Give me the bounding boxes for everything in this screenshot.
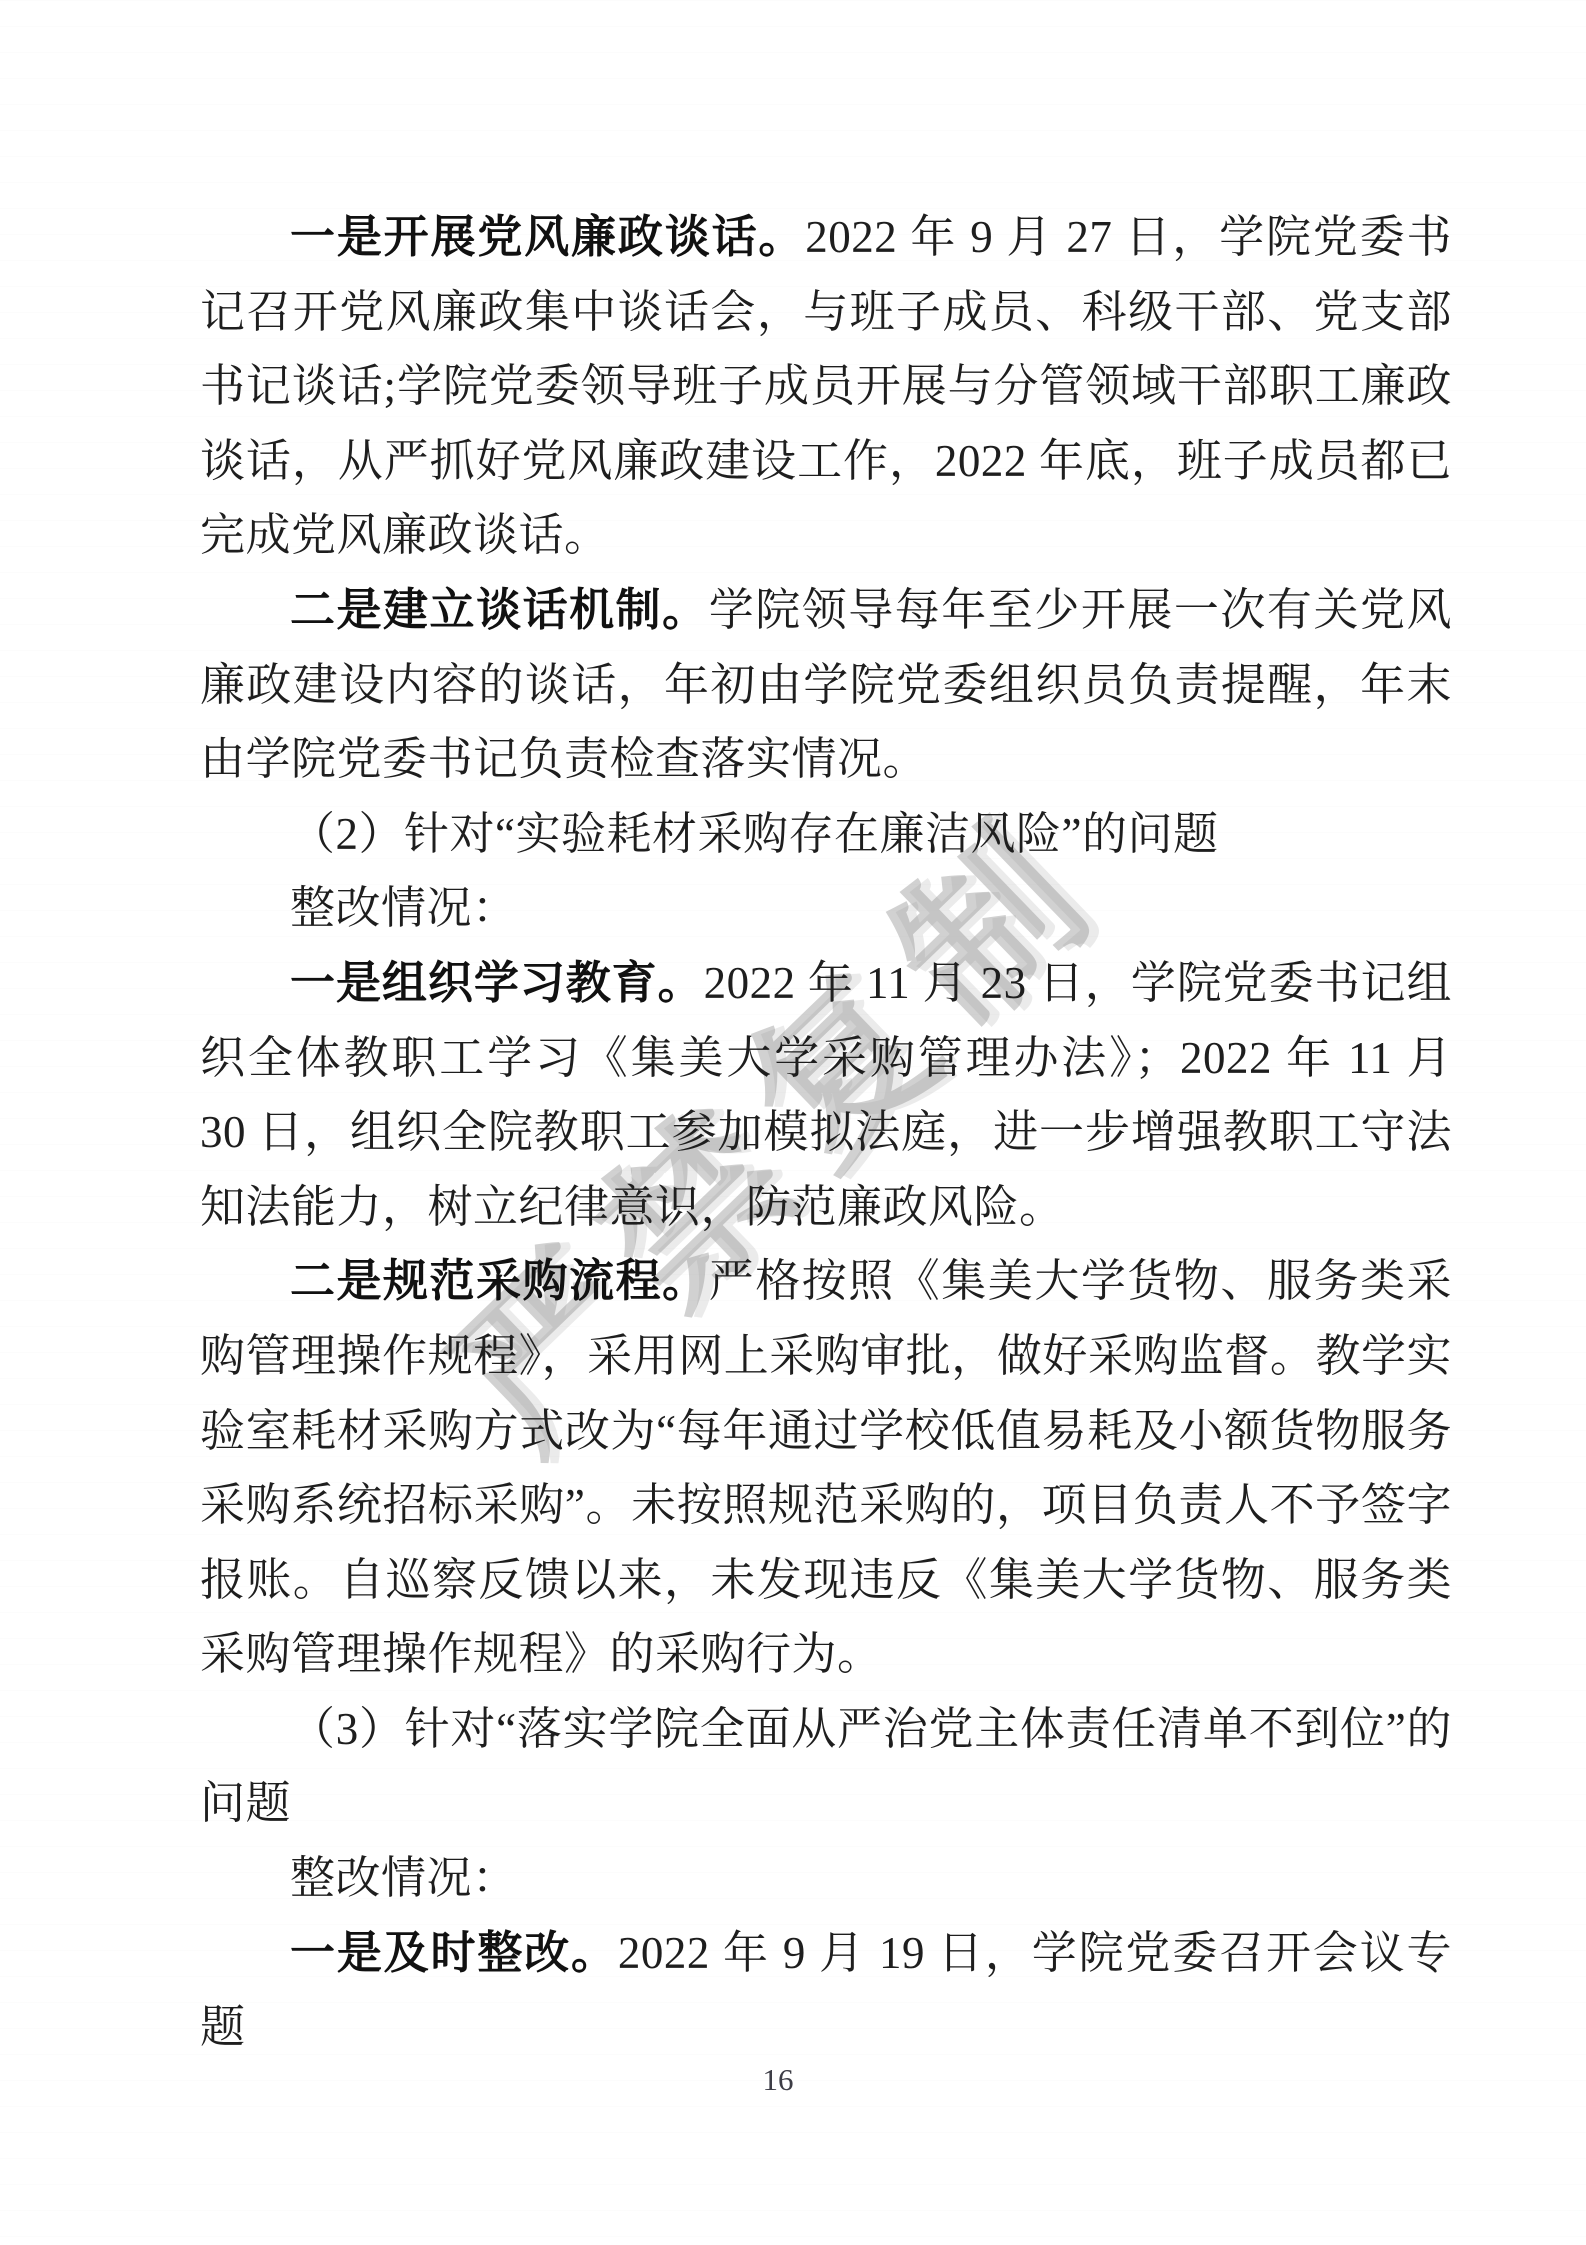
paragraph: 一是组织学习教育。2022 年 11 月 23 日，学院党委书记组织全体教职工学… bbox=[200, 946, 1452, 1244]
paragraph: 二是规范采购流程。严格按照《集美大学货物、服务类采购管理操作规程》，采用网上采购… bbox=[200, 1244, 1452, 1692]
document-page: 严禁复制 一是开展党风廉政谈话。2022 年 9 月 27 日，学院党委书记召开… bbox=[0, 0, 1586, 2245]
paragraph-lead: 一是开展党风廉政谈话。 bbox=[290, 212, 805, 262]
paragraph: 一是开展党风廉政谈话。2022 年 9 月 27 日，学院党委书记召开党风廉政集… bbox=[200, 200, 1452, 573]
paragraph: 二是建立谈话机制。学院领导每年至少开展一次有关党风廉政建设内容的谈话，年初由学院… bbox=[200, 573, 1452, 797]
paragraph: 一是及时整改。2022 年 9 月 19 日，学院党委召开会议专题 bbox=[200, 1916, 1452, 2065]
page-number: 16 bbox=[0, 2062, 1556, 2098]
paragraph: （2）针对“实验耗材采购存在廉洁风险”的问题 bbox=[200, 797, 1452, 872]
paragraph: 整改情况： bbox=[200, 1841, 1452, 1916]
document-body: 一是开展党风廉政谈话。2022 年 9 月 27 日，学院党委书记召开党风廉政集… bbox=[200, 200, 1452, 2065]
paragraph: （3）针对“落实学院全面从严治党主体责任清单不到位”的问题 bbox=[200, 1692, 1452, 1841]
paragraph: 整改情况： bbox=[200, 871, 1452, 946]
paragraph-lead: 二是规范采购流程。 bbox=[290, 1256, 709, 1306]
paragraph-lead: 二是建立谈话机制。 bbox=[290, 585, 709, 635]
paragraph-lead: 一是组织学习教育。 bbox=[290, 958, 704, 1008]
paragraph-lead: 一是及时整改。 bbox=[290, 1928, 618, 1978]
